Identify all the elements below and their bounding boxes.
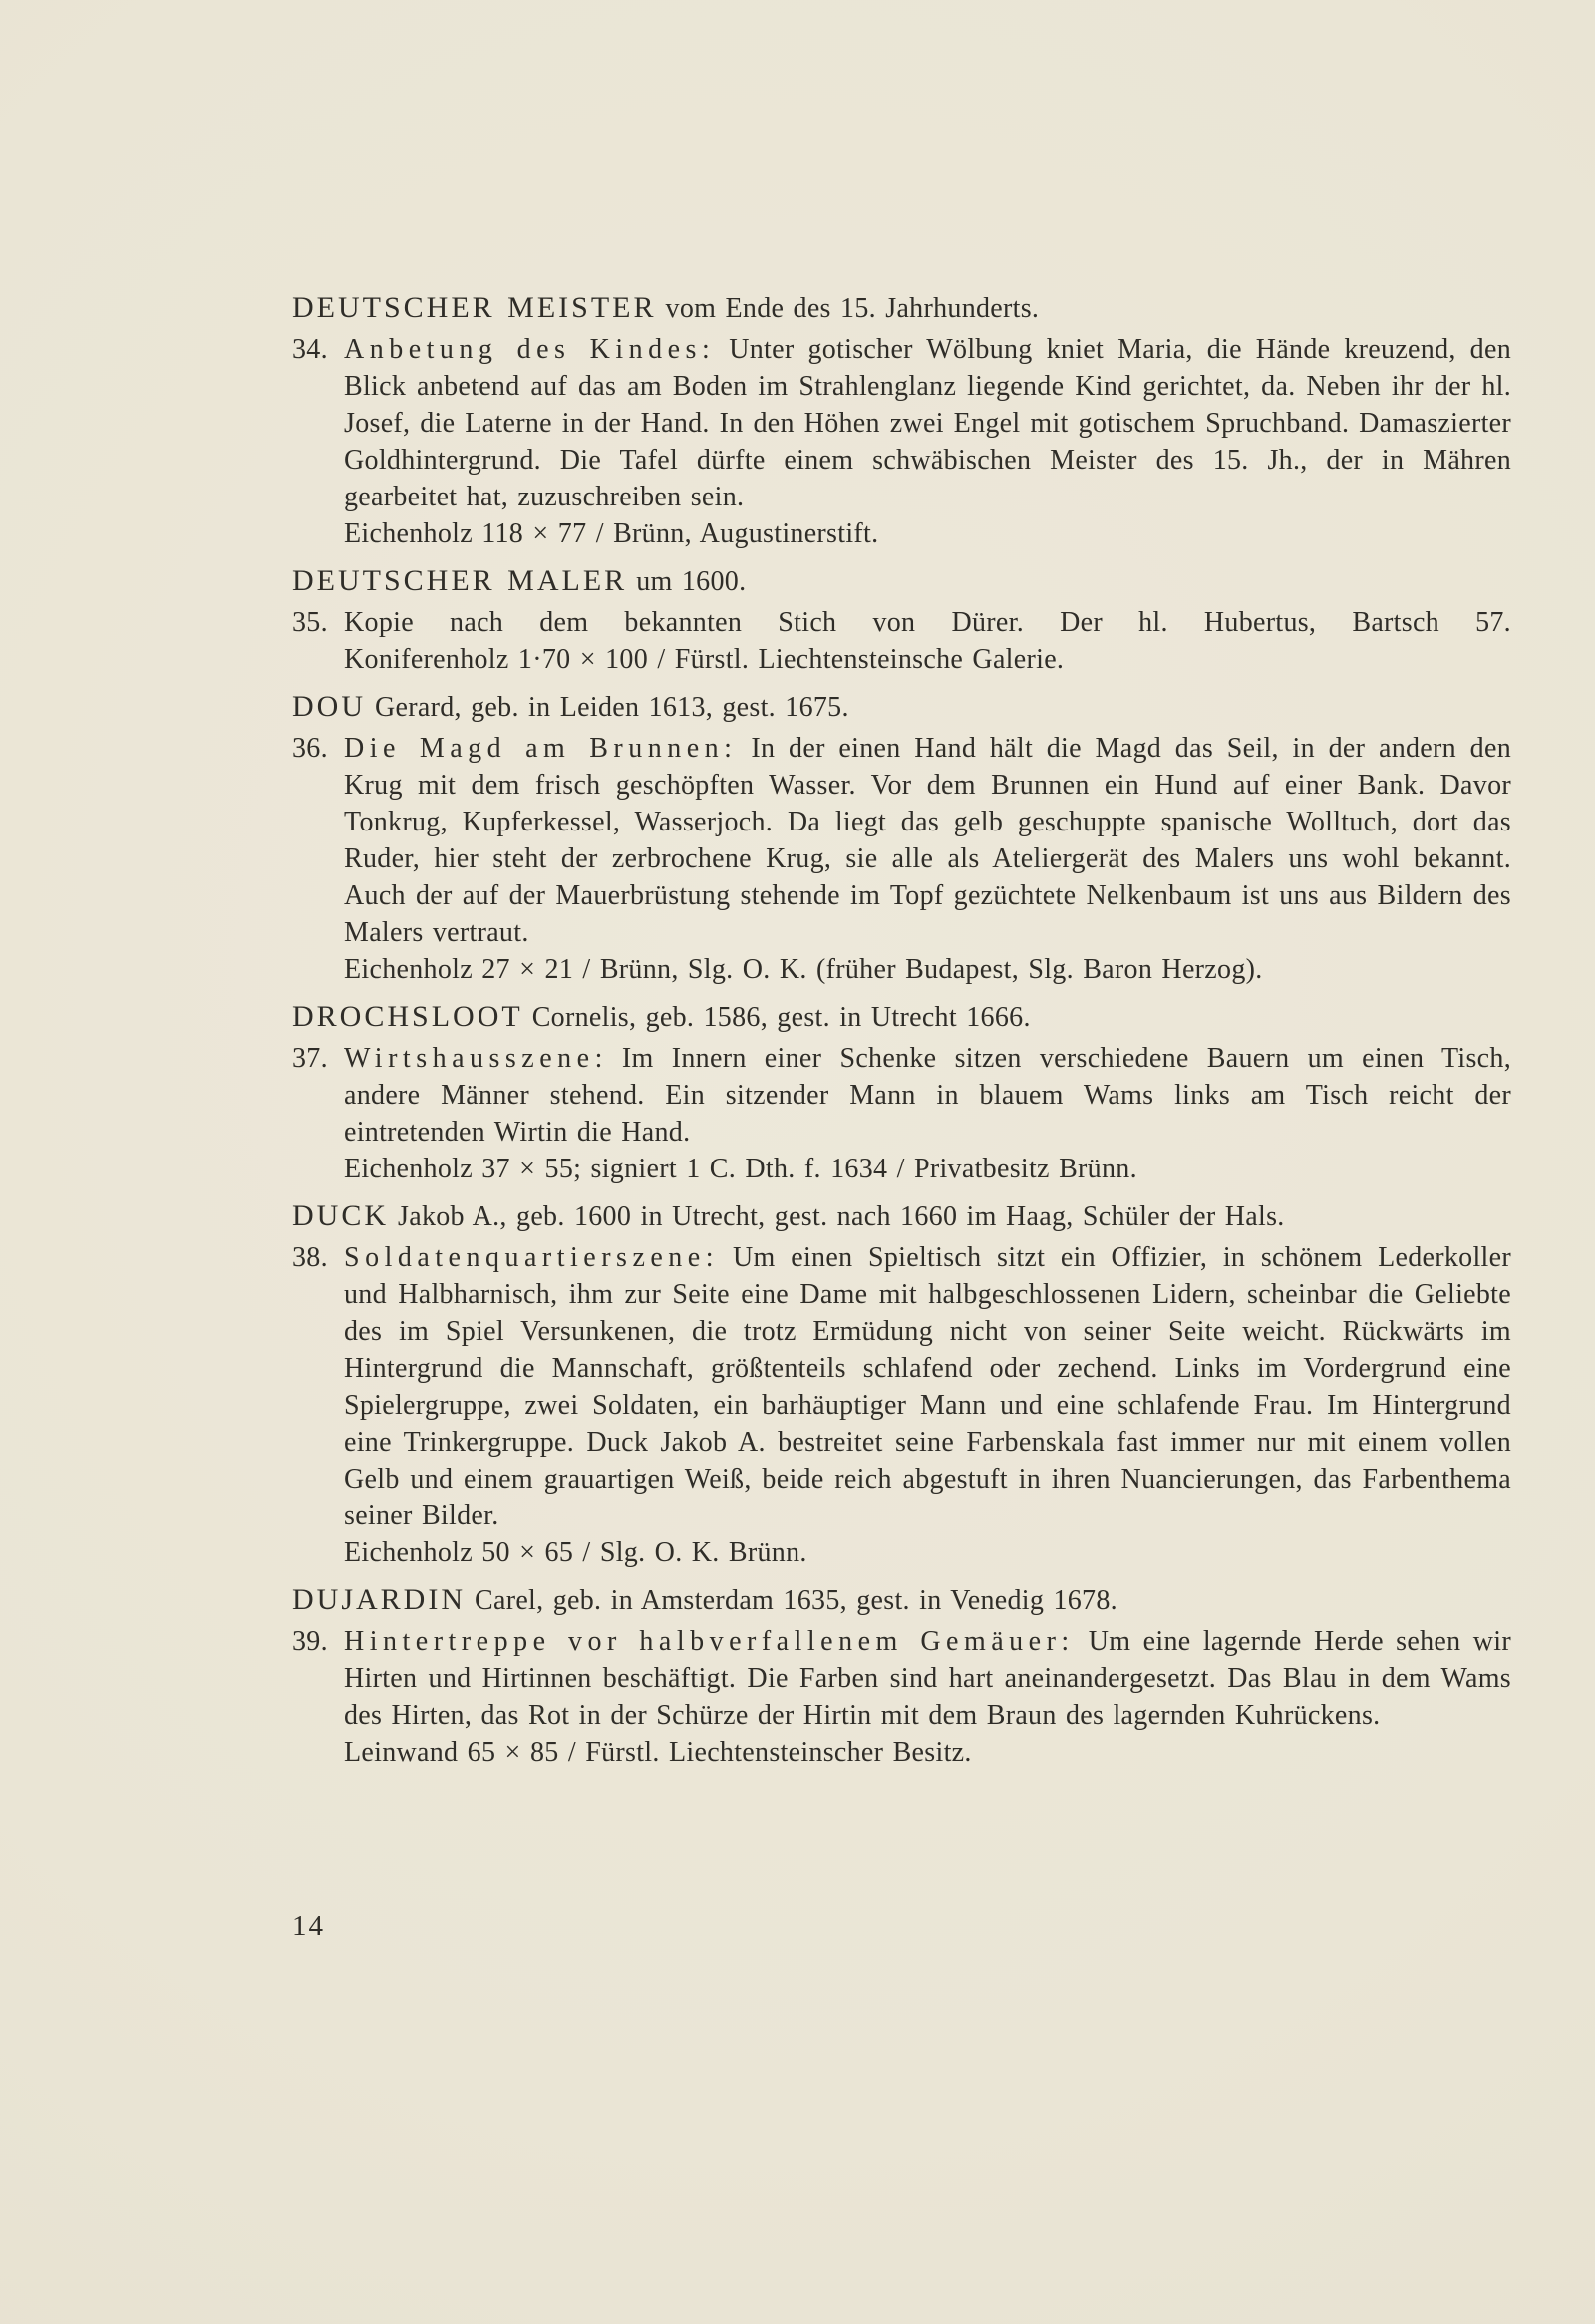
entry-description: 35.Kopie nach dem bekannten Stich von Dü… [292,604,1511,641]
artist-name: DOU [292,690,366,723]
entry-physical: Eichenholz 27 × 21 / Brünn, Slg. O. K. (… [292,951,1511,988]
artist-name: DUJARDIN [292,1583,466,1616]
entry-title: Soldatenquartierszene: [344,1242,719,1273]
artist-dates: Jakob A., geb. 1600 in Utrecht, gest. na… [398,1201,1285,1232]
entry-number: 36. [292,730,344,767]
artist-name: DEUTSCHER MEISTER [292,291,657,324]
entry-description: 39.Hintertreppe vor halbverfallenem Gemä… [292,1623,1511,1734]
entry-number: 37. [292,1040,344,1077]
entry-number: 35. [292,604,344,641]
entry-number: 38. [292,1239,344,1276]
artist-heading-drochsloot: DROCHSLOOTCornelis, geb. 1586, gest. in … [292,998,1511,1036]
artist-dates: Gerard, geb. in Leiden 1613, gest. 1675. [375,692,849,723]
artist-dates: um 1600. [636,566,746,597]
entry-physical: Eichenholz 118 × 77 / Brünn, Augustiners… [292,515,1511,552]
artist-heading-duck: DUCKJakob A., geb. 1600 in Utrecht, gest… [292,1197,1511,1235]
entry-number: 39. [292,1623,344,1660]
entry-text: Um einen Spieltisch sitzt ein Offizier, … [344,1242,1511,1531]
entry-title: Hintertreppe vor halbverfallenem Gemäuer… [344,1626,1075,1657]
artist-name: DROCHSLOOT [292,1000,523,1033]
artist-dates: Carel, geb. in Amsterdam 1635, gest. in … [475,1585,1117,1616]
entry-description: 36.Die Magd am Brunnen:In der einen Hand… [292,730,1511,951]
entry-number: 34. [292,331,344,368]
catalog-entry-36: 36.Die Magd am Brunnen:In der einen Hand… [292,730,1511,988]
artist-heading-dou: DOUGerard, geb. in Leiden 1613, gest. 16… [292,688,1511,726]
catalog-entry-37: 37.Wirtshausszene:Im Innern einer Schenk… [292,1040,1511,1187]
entry-description: 38.Soldatenquartierszene:Um einen Spielt… [292,1239,1511,1534]
text-block: DEUTSCHER MEISTERvom Ende des 15. Jahrhu… [292,289,1511,1771]
artist-heading-dujardin: DUJARDINCarel, geb. in Amsterdam 1635, g… [292,1581,1511,1619]
artist-dates: Cornelis, geb. 1586, gest. in Utrecht 16… [532,1002,1031,1033]
catalog-entry-34: 34.Anbetung des Kindes:Unter gotischer W… [292,331,1511,552]
artist-name: DEUTSCHER MALER [292,564,627,597]
artist-heading-deutscher-meister: DEUTSCHER MEISTERvom Ende des 15. Jahrhu… [292,289,1511,327]
entry-title: Anbetung des Kindes: [344,334,715,365]
artist-name: DUCK [292,1199,389,1232]
entry-text: In der einen Hand hält die Magd das Seil… [344,733,1511,948]
entry-physical: Koniferenholz 1·70 × 100 / Fürstl. Liech… [292,641,1511,678]
catalog-entry-38: 38.Soldatenquartierszene:Um einen Spielt… [292,1239,1511,1571]
entry-text: Kopie nach dem bekannten Stich von Dürer… [344,607,1511,638]
catalog-entry-35: 35.Kopie nach dem bekannten Stich von Dü… [292,604,1511,678]
entry-physical: Eichenholz 37 × 55; signiert 1 C. Dth. f… [292,1151,1511,1187]
artist-dates: vom Ende des 15. Jahrhunderts. [666,293,1040,324]
entry-title: Wirtshausszene: [344,1043,608,1074]
entry-physical: Eichenholz 50 × 65 / Slg. O. K. Brünn. [292,1534,1511,1571]
page-number: 14 [292,1910,325,1943]
entry-title: Die Magd am Brunnen: [344,733,737,764]
artist-heading-deutscher-maler: DEUTSCHER MALERum 1600. [292,562,1511,600]
entry-physical: Leinwand 65 × 85 / Fürstl. Liechtenstein… [292,1734,1511,1771]
entry-description: 37.Wirtshausszene:Im Innern einer Schenk… [292,1040,1511,1151]
catalog-entry-39: 39.Hintertreppe vor halbverfallenem Gemä… [292,1623,1511,1771]
book-page: DEUTSCHER MEISTERvom Ende des 15. Jahrhu… [0,0,1595,2324]
entry-description: 34.Anbetung des Kindes:Unter gotischer W… [292,331,1511,515]
